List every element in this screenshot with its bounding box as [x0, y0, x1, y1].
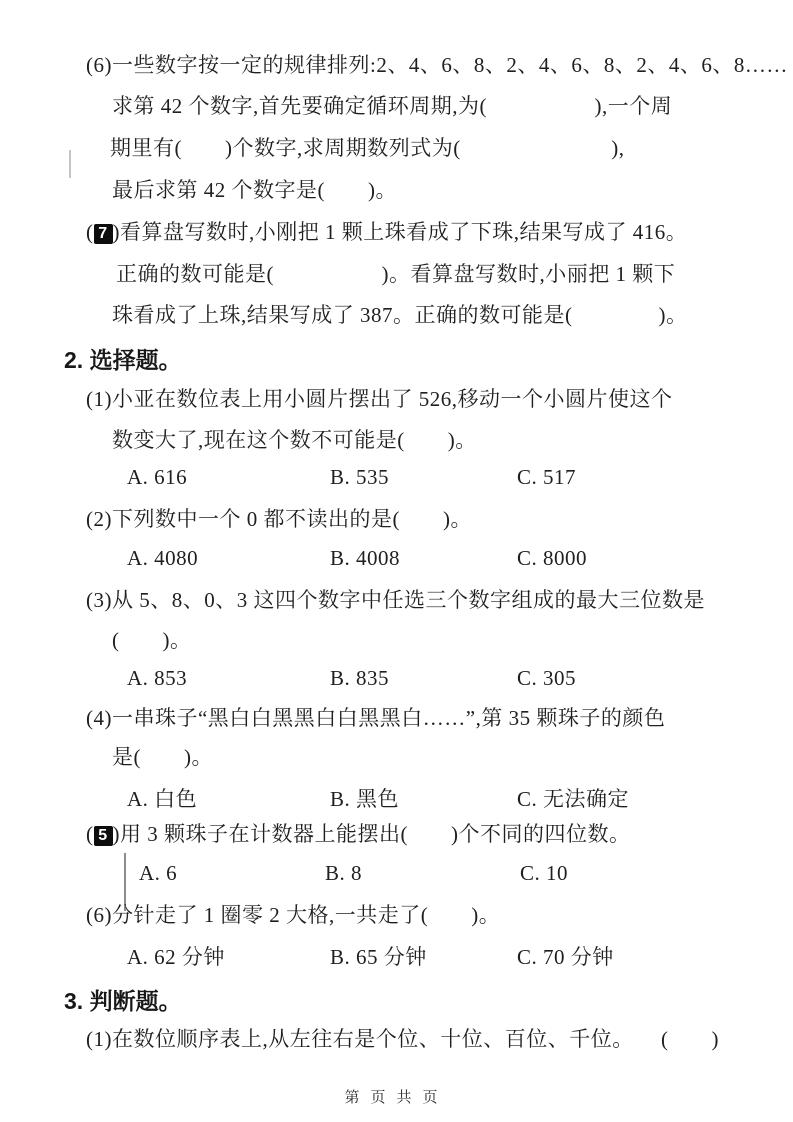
choice-q2-options: A. 4080 B. 4008 C. 8000 [127, 546, 587, 571]
choice-q5-line1-text: )用 3 颗珠子在计数器上能摆出( )个不同的四位数。 [113, 822, 631, 846]
choice-q1-option-c: C. 517 [517, 465, 576, 490]
choice-q4-line1: (4)一串珠子“黑白白黑黑白白黑黑白……”,第 35 颗珠子的颜色 [86, 705, 665, 731]
choice-q5-options: A. 6 B. 8 C. 10 [139, 861, 568, 886]
judge-q1-answer-blank: ( ) [661, 1026, 719, 1052]
boxed-number-5: 5 [94, 826, 113, 846]
section-heading-choice: 2. 选择题。 [64, 342, 182, 375]
choice-q4-line2: 是( )。 [112, 744, 213, 770]
choice-q6-option-b: B. 65 分钟 [330, 941, 517, 971]
fillin-q7-line1: (7)看算盘写数时,小刚把 1 颗上珠看成了下珠,结果写成了 416。 [86, 219, 687, 245]
choice-q3-line1: (3)从 5、8、0、3 这四个数字中任选三个数字组成的最大三位数是 [86, 587, 705, 613]
choice-q3-line2: ( )。 [112, 627, 192, 653]
fillin-q7-line1-text: )看算盘写数时,小刚把 1 颗上珠看成了下珠,结果写成了 416。 [113, 220, 688, 244]
choice-q3-option-a: A. 853 [127, 666, 330, 691]
fillin-q7-line3: 珠看成了上珠,结果写成了 387。正确的数可能是( )。 [112, 302, 687, 328]
choice-q1-option-a: A. 616 [127, 465, 330, 490]
choice-q1-line1: (1)小亚在数位表上用小圆片摆出了 526,移动一个小圆片使这个 [86, 386, 672, 412]
choice-q4-option-a: A. 白色 [127, 783, 330, 813]
judge-q1-text: (1)在数位顺序表上,从左往右是个位、十位、百位、千位。 [86, 1026, 634, 1052]
fillin-q6-line2: 求第 42 个数字,首先要确定循环周期,为( ),一个周 [112, 93, 672, 119]
choice-q1-option-b: B. 535 [330, 465, 517, 490]
choice-q3-option-c: C. 305 [517, 666, 576, 691]
choice-q4-option-c: C. 无法确定 [517, 783, 629, 813]
choice-q2-option-c: C. 8000 [517, 546, 587, 571]
choice-q1-line2: 数变大了,现在这个数不可能是( )。 [112, 427, 477, 453]
choice-q2-option-b: B. 4008 [330, 546, 517, 571]
paren-open: ( [86, 822, 94, 846]
fillin-q6-line1: (6)一些数字按一定的规律排列:2、4、6、8、2、4、6、8、2、4、6、8…… [86, 52, 788, 78]
fillin-q6-line4: 最后求第 42 个数字是( )。 [112, 177, 397, 203]
choice-q6-option-c: C. 70 分钟 [517, 941, 614, 971]
choice-q6-option-a: A. 62 分钟 [127, 941, 330, 971]
choice-q3-option-b: B. 835 [330, 666, 517, 691]
worksheet-page: (6)一些数字按一定的规律排列:2、4、6、8、2、4、6、8、2、4、6、8…… [0, 0, 793, 1122]
boxed-number-7: 7 [94, 224, 113, 244]
choice-q3-options: A. 853 B. 835 C. 305 [127, 666, 576, 691]
section-heading-judge: 3. 判断题。 [64, 983, 182, 1016]
fillin-q7-line2: 正确的数可能是( )。看算盘写数时,小丽把 1 颗下 [116, 261, 675, 287]
choice-q5-option-c: C. 10 [520, 861, 568, 886]
choice-q5-option-a: A. 6 [139, 861, 325, 886]
choice-q1-options: A. 616 B. 535 C. 517 [127, 465, 576, 490]
choice-q5-option-b: B. 8 [325, 861, 520, 886]
choice-q2-option-a: A. 4080 [127, 546, 330, 571]
choice-q4-option-b: B. 黑色 [330, 783, 517, 813]
page-footer: 第页共页 [0, 1086, 793, 1107]
choice-q2-line1: (2)下列数中一个 0 都不读出的是( )。 [86, 506, 472, 532]
choice-q6-options: A. 62 分钟 B. 65 分钟 C. 70 分钟 [127, 941, 614, 971]
choice-q5-line1: (5)用 3 颗珠子在计数器上能摆出( )个不同的四位数。 [86, 821, 630, 847]
choice-q6-line1: (6)分针走了 1 圈零 2 大格,一共走了( )。 [86, 902, 500, 928]
choice-q4-options: A. 白色 B. 黑色 C. 无法确定 [127, 783, 629, 813]
paren-open: ( [86, 220, 94, 244]
scan-edge-artifact [69, 150, 71, 178]
fillin-q6-line3: 期里有( )个数字,求周期数列式为( ), [110, 135, 624, 161]
